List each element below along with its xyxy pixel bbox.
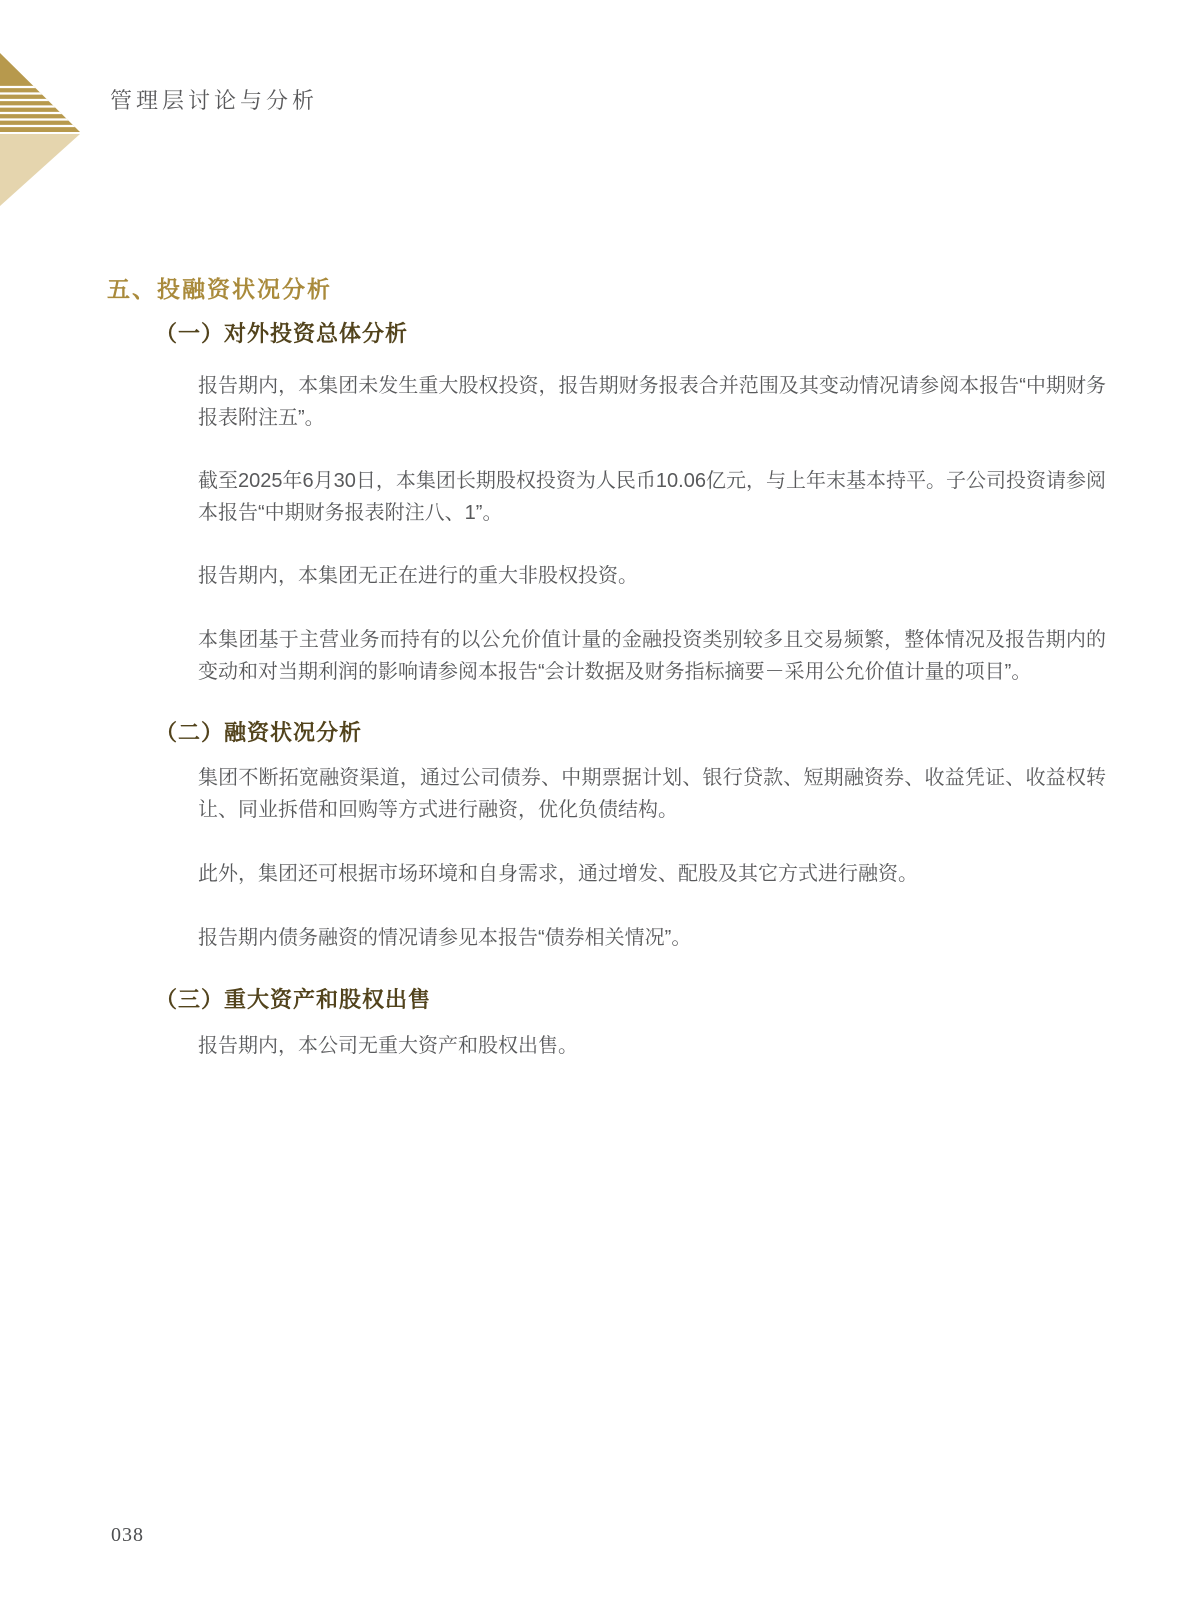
paragraph: 截至2025年6月30日，本集团长期股权投资为人民币10.06亿元，与上年末基本…	[198, 466, 1106, 529]
corner-triangle-logo	[0, 0, 82, 212]
paragraph: 报告期内债务融资的情况请参见本报告“债券相关情况”。	[198, 923, 1106, 955]
document-page: 管理层讨论与分析 五、投融资状况分析 （一）对外投资总体分析 报告期内，本集团未…	[0, 0, 1190, 1615]
document-header-title: 管理层讨论与分析	[110, 84, 318, 115]
section-title: 五、投融资状况分析	[107, 271, 332, 304]
paragraph: 报告期内，本集团未发生重大股权投资，报告期财务报表合并范围及其变动情况请参阅本报…	[198, 371, 1106, 434]
page-number: 038	[111, 1524, 144, 1547]
paragraph: 报告期内，本集团无正在进行的重大非股权投资。	[198, 561, 1106, 593]
paragraph: 此外，集团还可根据市场环境和自身需求，通过增发、配股及其它方式进行融资。	[198, 859, 1106, 891]
paragraph: 本集团基于主营业务而持有的以公允价值计量的金融投资类别较多且交易频繁，整体情况及…	[198, 625, 1106, 688]
subsection-title-2: （二）融资状况分析	[155, 716, 362, 747]
subsection-title-1: （一）对外投资总体分析	[155, 317, 408, 348]
paragraph: 集团不断拓宽融资渠道，通过公司债券、中期票据计划、银行贷款、短期融资券、收益凭证…	[198, 763, 1106, 826]
subsection-title-3: （三）重大资产和股权出售	[155, 983, 431, 1014]
paragraph: 报告期内，本公司无重大资产和股权出售。	[198, 1031, 1106, 1063]
